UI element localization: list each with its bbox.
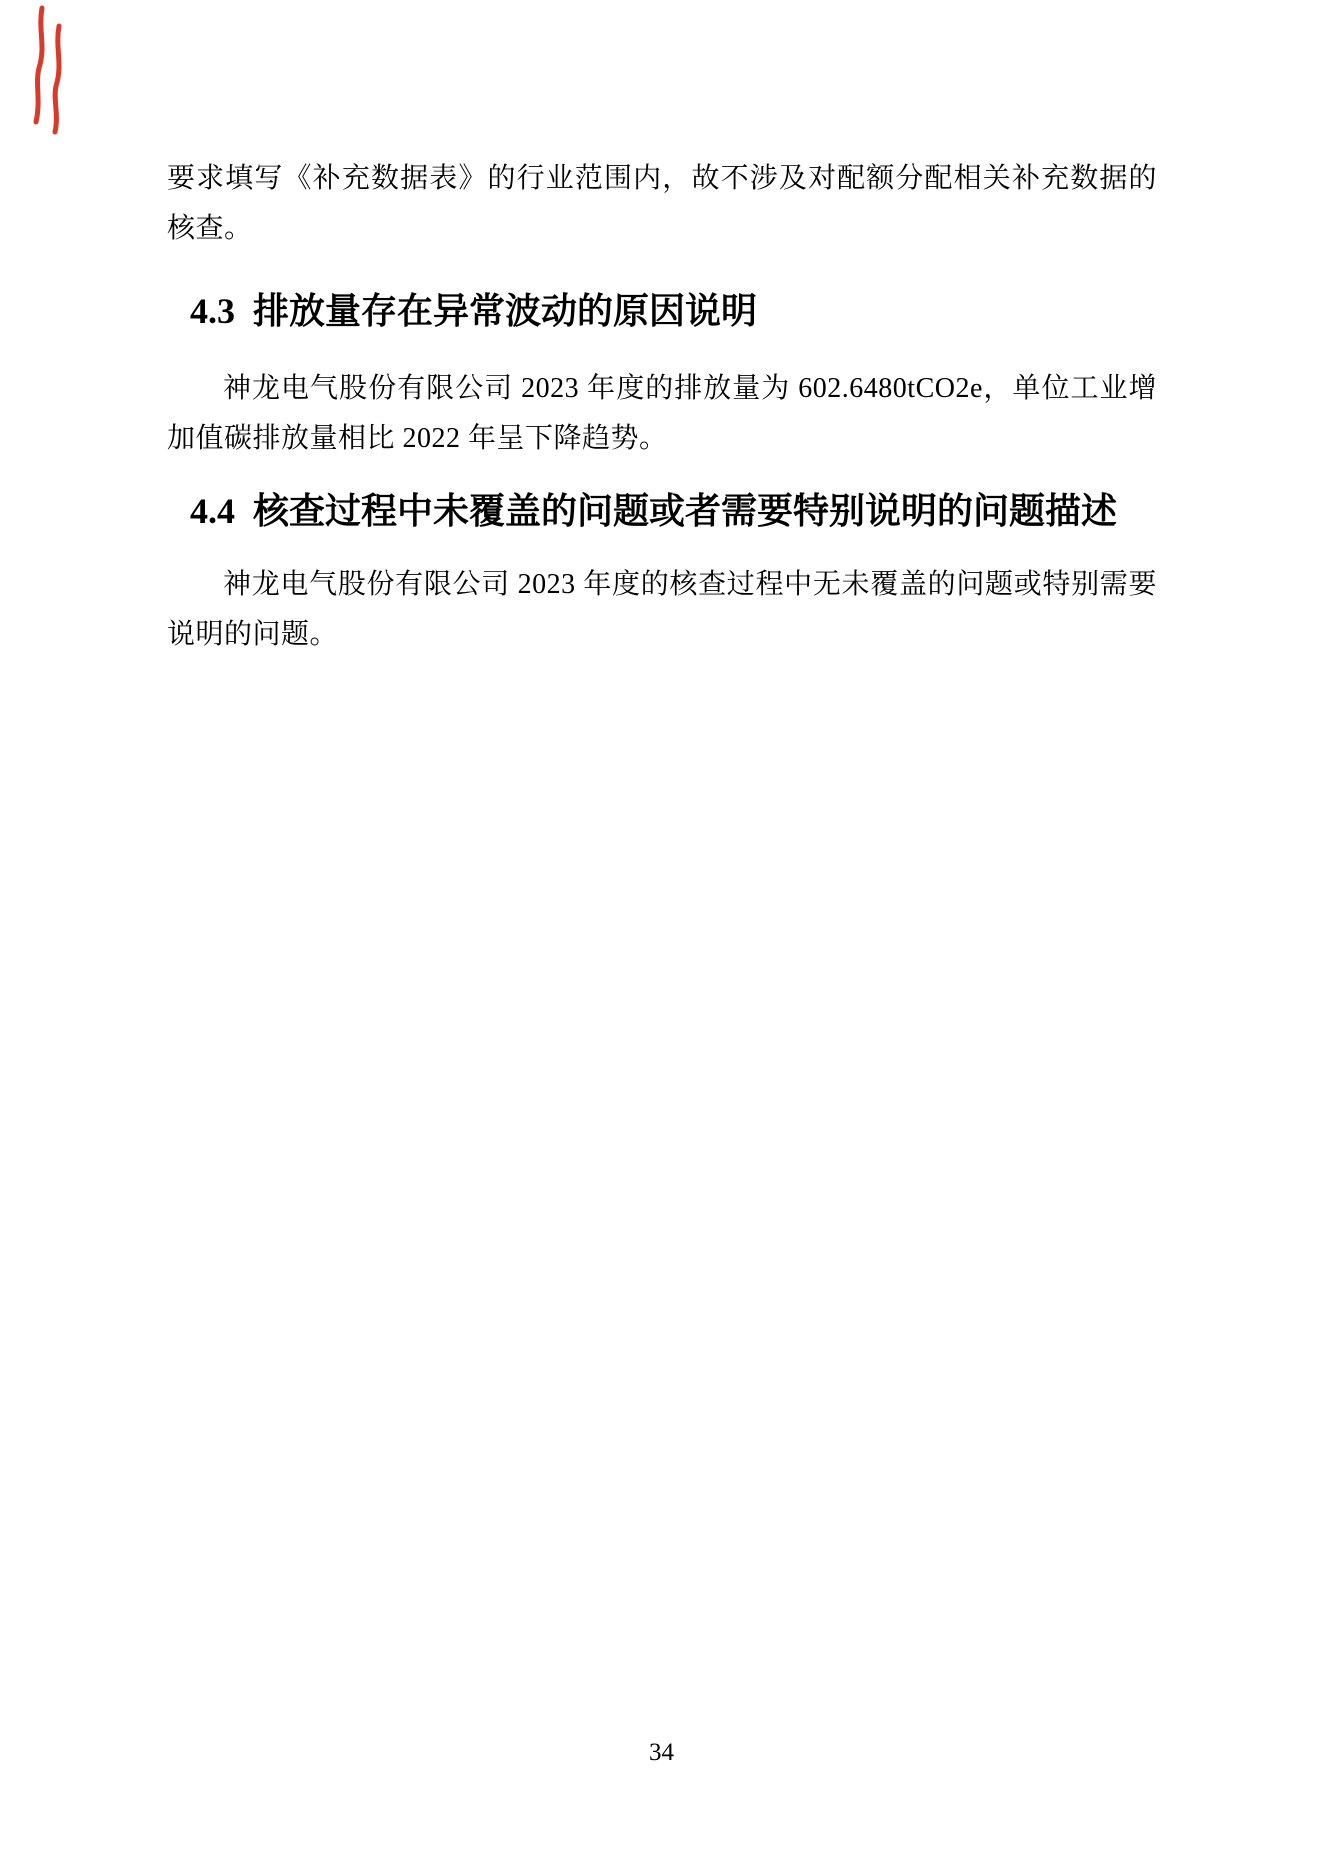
paragraph-uncovered-issues: 神龙电气股份有限公司 2023 年度的核查过程中无未覆盖的问题或特别需要说明的问… [167, 560, 1157, 660]
heading-number: 4.3 [190, 289, 235, 333]
heading-title: 核查过程中未覆盖的问题或者需要特别说明的问题描述 [253, 491, 1117, 531]
document-body: 要求填写《补充数据表》的行业范围内，故不涉及对配额分配相关补充数据的核查。 4.… [167, 0, 1157, 660]
paragraph-emission-fluctuation: 神龙电气股份有限公司 2023 年度的排放量为 602.6480tCO2e，单位… [167, 364, 1157, 464]
heading-number: 4.4 [190, 489, 235, 533]
section-heading-4-4: 4.4核查过程中未覆盖的问题或者需要特别说明的问题描述 [190, 489, 1157, 533]
heading-title: 排放量存在异常波动的原因说明 [253, 291, 757, 331]
section-heading-4-3: 4.3排放量存在异常波动的原因说明 [190, 289, 1157, 333]
page-number: 34 [0, 1740, 1323, 1766]
document-page: 要求填写《补充数据表》的行业范围内，故不涉及对配额分配相关补充数据的核查。 4.… [0, 0, 1323, 1871]
paragraph-carryover: 要求填写《补充数据表》的行业范围内，故不涉及对配额分配相关补充数据的核查。 [167, 154, 1157, 254]
red-pen-annotation-icon [26, 2, 74, 142]
